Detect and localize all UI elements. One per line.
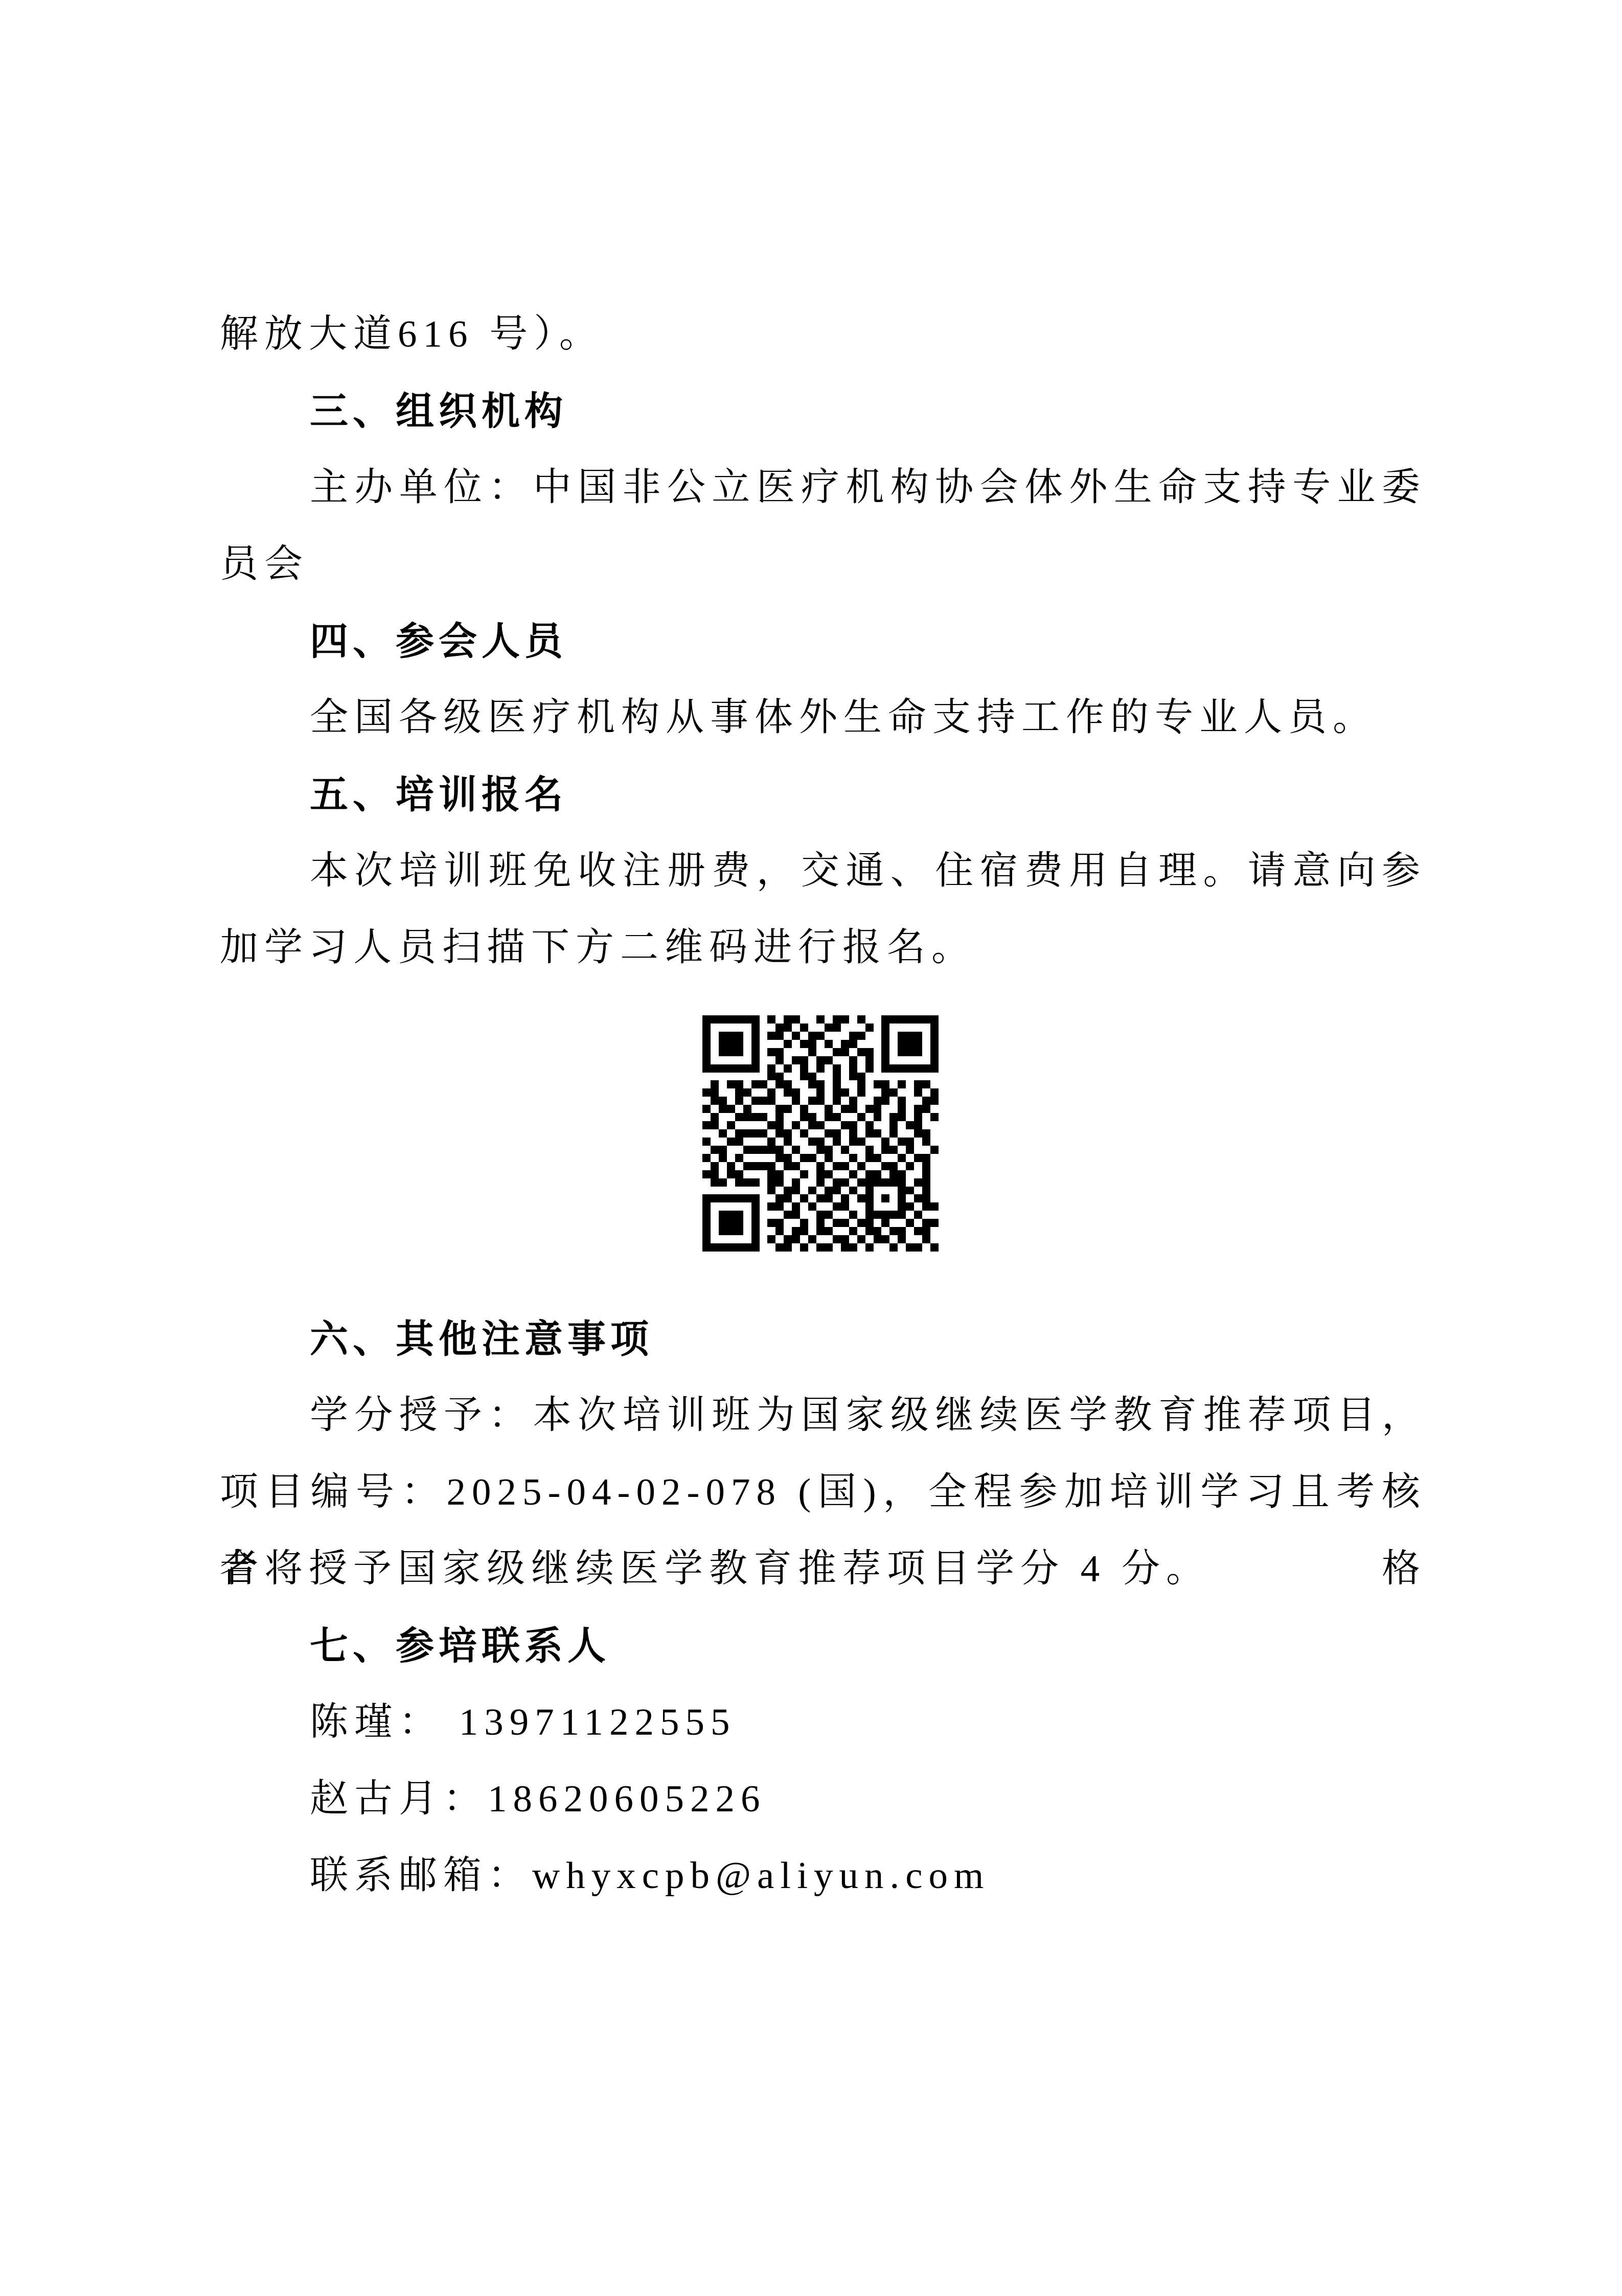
contact-zhao-guyue: 赵古月：18620605226 [220, 1761, 1426, 1837]
heading-section-5-registration: 五、培训报名 [220, 756, 1426, 833]
paragraph-organizer-line-1: 主办单位：中国非公立医疗机构协会体外生命支持专业委 [220, 449, 1426, 526]
heading-section-3-organization: 三、组织机构 [220, 373, 1426, 449]
paragraph-organizer-line-2: 员会 [220, 526, 1426, 603]
paragraph-credits-line-2: 项目编号：2025-04-02-078 (国)，全程参加培训学习且考核合格 [220, 1454, 1426, 1531]
heading-section-7-contacts: 七、参培联系人 [220, 1607, 1426, 1684]
contact-chen-jin: 陈瑾： 13971122555 [220, 1684, 1426, 1761]
contact-email: 联系邮箱：whyxcpb@aliyun.com [220, 1837, 1426, 1914]
address-continuation-line: 解放大道616 号）。 [220, 296, 1426, 373]
paragraph-registration-line-2: 加学习人员扫描下方二维码进行报名。 [220, 910, 1426, 986]
registration-qr-code-icon [702, 1015, 939, 1252]
document-page: 解放大道616 号）。 三、组织机构 主办单位：中国非公立医疗机构协会体外生命支… [0, 0, 1622, 2296]
heading-section-4-participants: 四、参会人员 [220, 603, 1426, 679]
paragraph-participants: 全国各级医疗机构从事体外生命支持工作的专业人员。 [220, 679, 1426, 756]
paragraph-registration-line-1: 本次培训班免收注册费，交通、住宿费用自理。请意向参 [220, 833, 1426, 910]
heading-section-6-other-notes: 六、其他注意事项 [220, 1301, 1426, 1377]
paragraph-credits-line-1: 学分授予：本次培训班为国家级继续医学教育推荐项目， [220, 1377, 1426, 1454]
paragraph-credits-line-3: 者将授予国家级继续医学教育推荐项目学分 4 分。 [220, 1531, 1426, 1607]
